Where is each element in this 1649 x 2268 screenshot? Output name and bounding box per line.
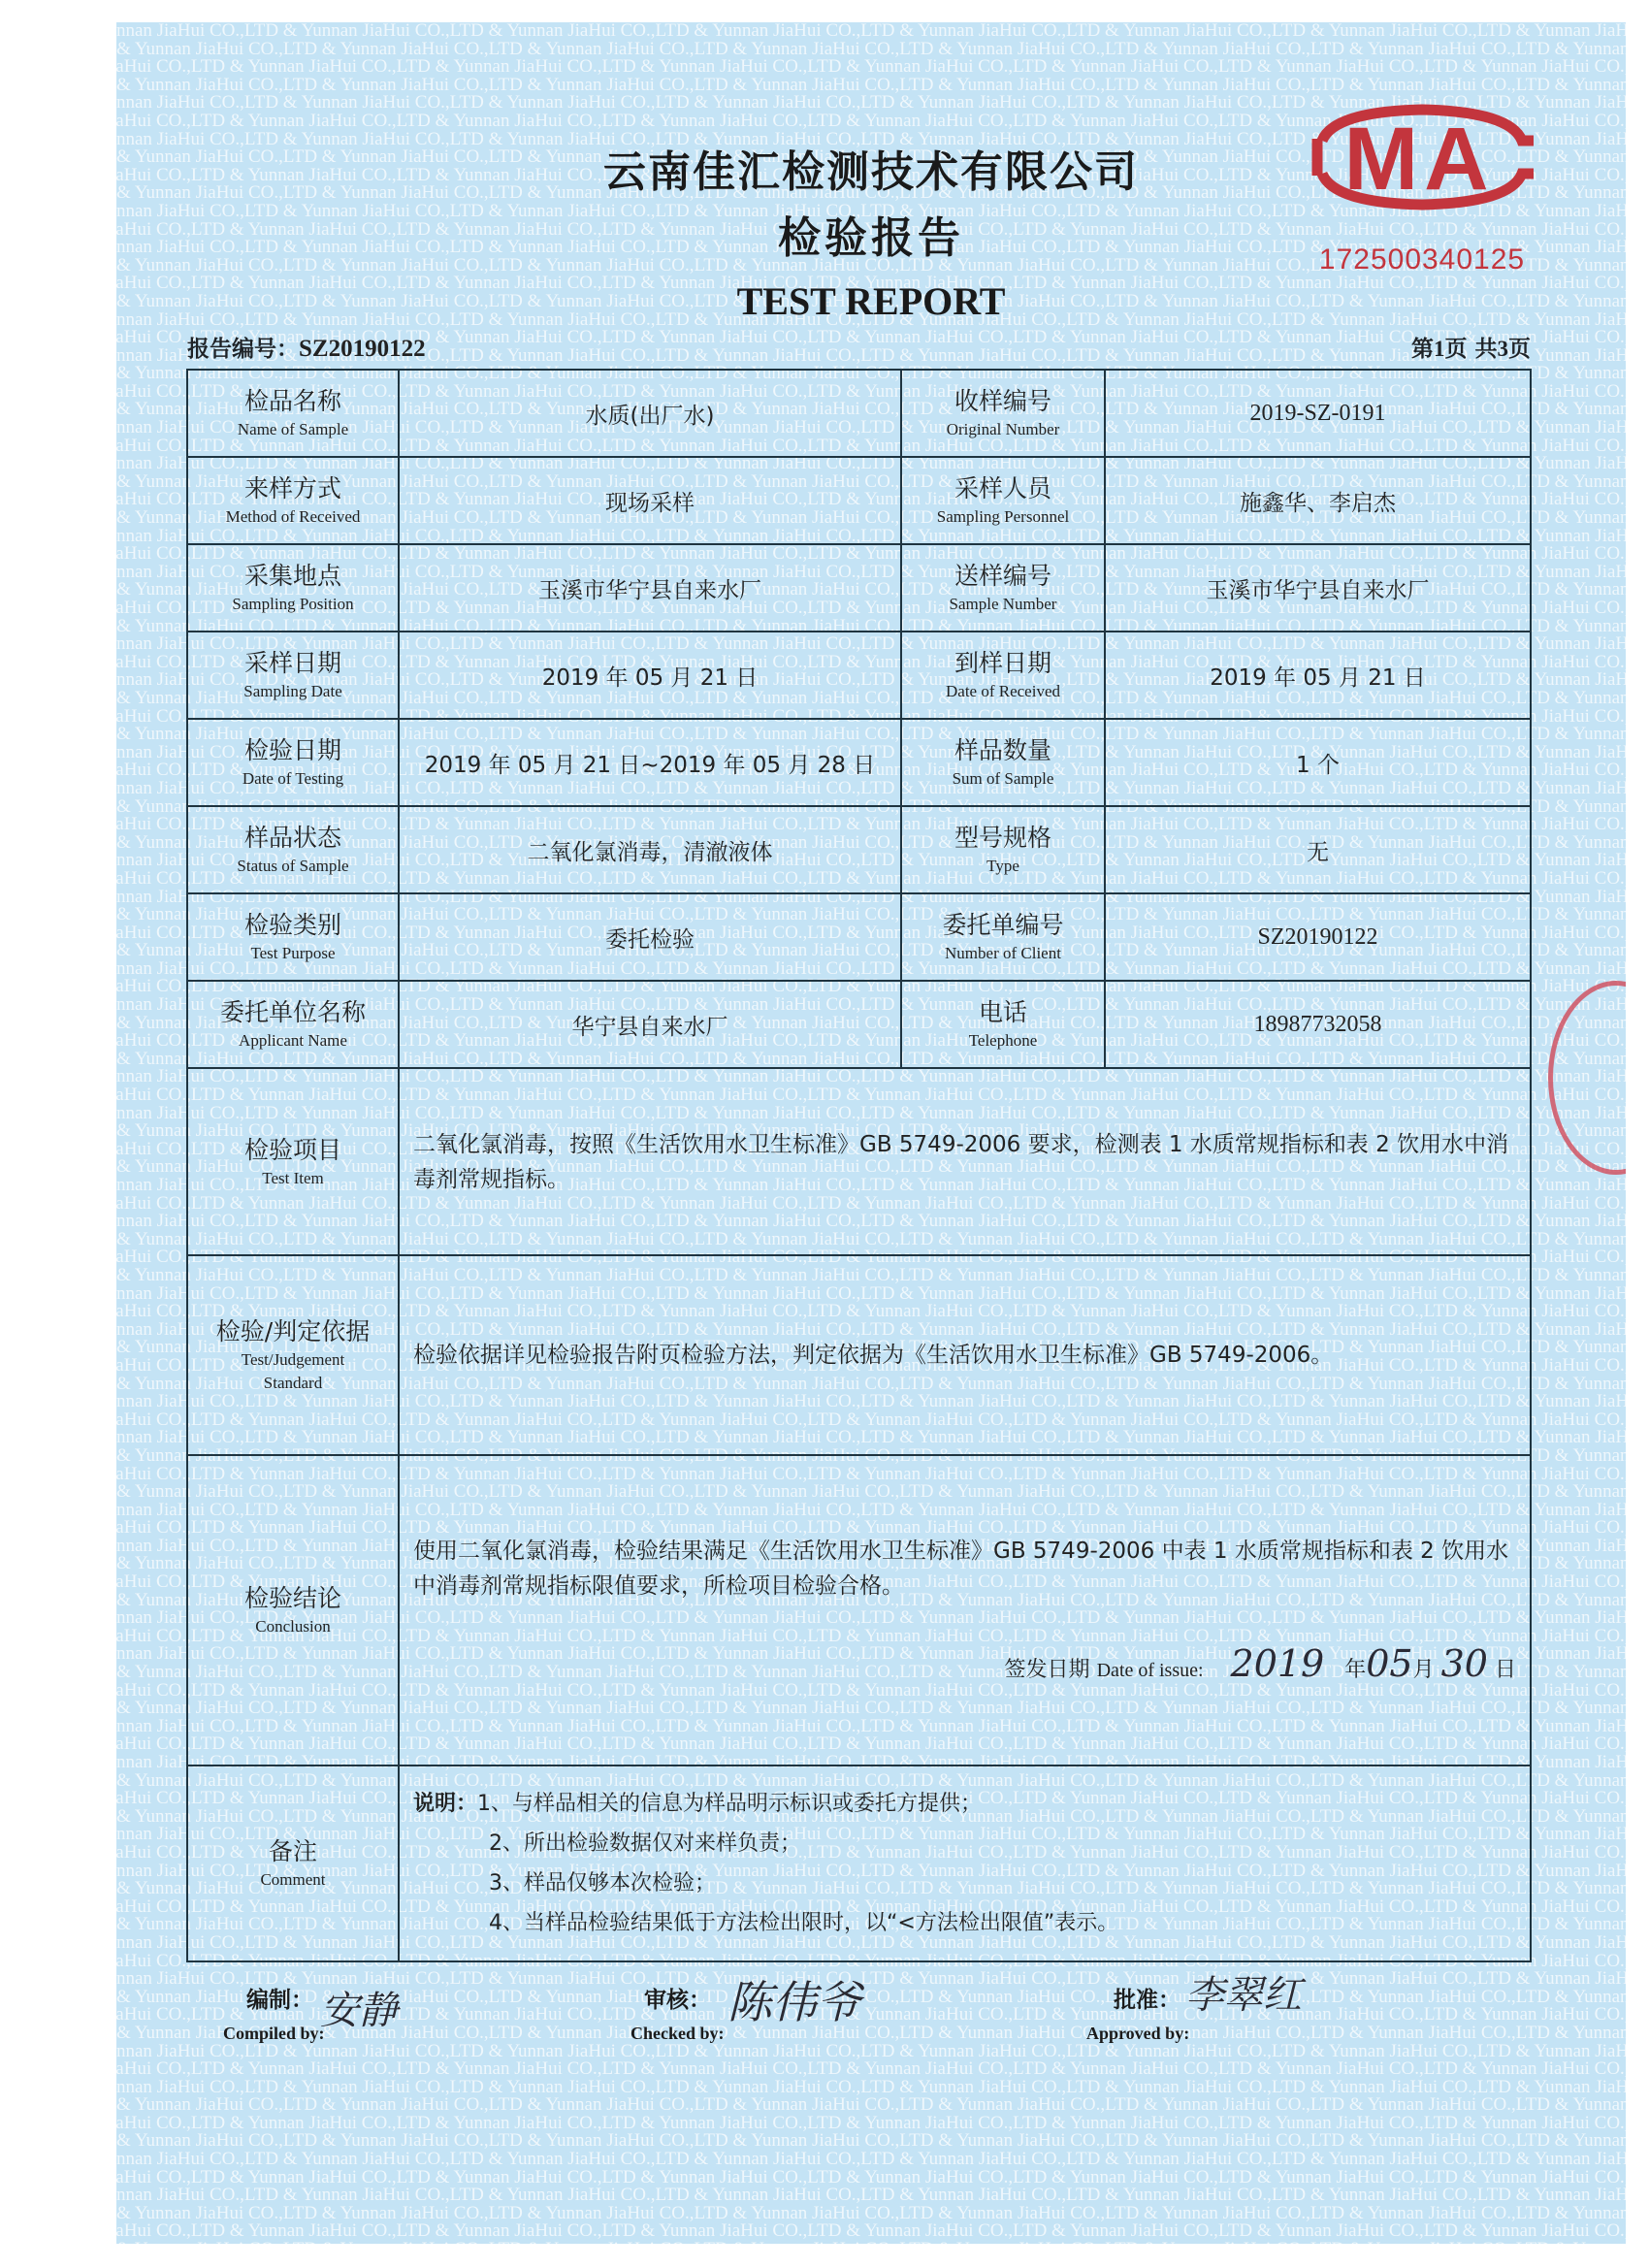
field-value: 委托检验 [399, 893, 901, 981]
info-row: 检验日期Date of Testing2019 年 05 月 21 日~2019… [187, 719, 1531, 806]
issue-date: 签发日期 Date of issue: 2019 年05月 30 日 [413, 1646, 1516, 1688]
note-1: 说明：1、与样品相关的信息为样品明示标识或委托方提供； [413, 1784, 1516, 1824]
approved-signature: 李翠红 [1185, 1964, 1302, 2020]
standard-text: 检验依据详见检验报告附页检验方法，判定依据为《生活饮用水卫生标准》GB 5749… [399, 1255, 1531, 1455]
field-label: 委托单编号Number of Client [901, 893, 1105, 981]
field-value: 水质(出厂水) [399, 370, 901, 457]
field-label: 到样日期Date of Received [901, 632, 1105, 719]
info-row: 检验类别Test Purpose委托检验委托单编号Number of Clien… [187, 893, 1531, 981]
cma-logo-icon: MA [1305, 104, 1539, 211]
svg-text:MA: MA [1343, 110, 1494, 209]
approved-by: 批准： Approved by: [1086, 1982, 1189, 2044]
test-item-text: 二氧化氯消毒，按照《生活饮用水卫生标准》GB 5749-2006 要求，检测表 … [399, 1068, 1531, 1255]
note-4: 4、当样品检验结果低于方法检出限时，以“<方法检出限值”表示。 [413, 1903, 1516, 1943]
field-value: 玉溪市华宁县自来水厂 [399, 544, 901, 632]
standard-row: 检验/判定依据 Test/Judgement Standard 检验依据详见检验… [187, 1255, 1531, 1455]
field-label: 样品状态Status of Sample [187, 806, 399, 893]
test-item-label: 检验项目 Test Item [187, 1068, 399, 1255]
field-label: 检验类别Test Purpose [187, 893, 399, 981]
field-value: 二氧化氯消毒，清澈液体 [399, 806, 901, 893]
field-label: 送样编号Sample Number [901, 544, 1105, 632]
info-row: 来样方式Method of Received现场采样采样人员Sampling P… [187, 457, 1531, 544]
field-value: 18987732058 [1105, 981, 1531, 1068]
field-value: 2019 年 05 月 21 日 [1105, 632, 1531, 719]
field-label: 检品名称Name of Sample [187, 370, 399, 457]
test-item-row: 检验项目 Test Item 二氧化氯消毒，按照《生活饮用水卫生标准》GB 57… [187, 1068, 1531, 1255]
info-row: 样品状态Status of Sample二氧化氯消毒，清澈液体型号规格Type无 [187, 806, 1531, 893]
cma-number: 172500340125 [1295, 243, 1549, 276]
field-value: SZ20190122 [1105, 893, 1531, 981]
field-value: 华宁县自来水厂 [399, 981, 901, 1068]
field-label: 收样编号Original Number [901, 370, 1105, 457]
note-2: 2、所出检验数据仅对来样负责； [413, 1824, 1516, 1863]
field-label: 样品数量Sum of Sample [901, 719, 1105, 806]
note-3: 3、样品仅够本次检验； [413, 1863, 1516, 1903]
report-paper: & Yunnan JiaHui CO.,LTD & Yunnan JiaHui … [116, 22, 1626, 2244]
current-page: 1 [1434, 337, 1445, 361]
field-label: 委托单位名称Applicant Name [187, 981, 399, 1068]
info-row: 委托单位名称Applicant Name华宁县自来水厂电话Telephone18… [187, 981, 1531, 1068]
field-value: 玉溪市华宁县自来水厂 [1105, 544, 1531, 632]
issue-year: 2019 [1231, 1642, 1325, 1685]
comment-notes: 说明：1、与样品相关的信息为样品明示标识或委托方提供； 2、所出检验数据仅对来样… [399, 1766, 1531, 1961]
conclusion-cell: 使用二氧化氯消毒，检验结果满足《生活饮用水卫生标准》GB 5749-2006 中… [399, 1455, 1531, 1766]
field-value: 2019 年 05 月 21 日~2019 年 05 月 28 日 [399, 719, 901, 806]
field-value: 施鑫华、李启杰 [1105, 457, 1531, 544]
field-value: 现场采样 [399, 457, 901, 544]
field-label: 采集地点Sampling Position [187, 544, 399, 632]
report-number-value: SZ20190122 [299, 336, 426, 362]
field-label: 采样日期Sampling Date [187, 632, 399, 719]
conclusion-row: 检验结论 Conclusion 使用二氧化氯消毒，检验结果满足《生活饮用水卫生标… [187, 1455, 1531, 1766]
info-row: 检品名称Name of Sample水质(出厂水)收样编号Original Nu… [187, 370, 1531, 457]
field-value: 无 [1105, 806, 1531, 893]
report-number-label: 报告编号： [187, 337, 299, 362]
report-number: 报告编号：SZ20190122 [187, 331, 426, 363]
info-row: 采样日期Sampling Date2019 年 05 月 21 日到样日期Dat… [187, 632, 1531, 719]
issue-day: 30 [1441, 1642, 1488, 1685]
field-label: 采样人员Sampling Personnel [901, 457, 1105, 544]
field-value: 2019 年 05 月 21 日 [399, 632, 901, 719]
field-label: 型号规格Type [901, 806, 1105, 893]
total-pages: 3 [1498, 337, 1509, 361]
field-label: 检验日期Date of Testing [187, 719, 399, 806]
comment-label: 备注 Comment [187, 1766, 399, 1961]
conclusion-label: 检验结论 Conclusion [187, 1455, 399, 1766]
page-info: 第1页 共3页 [1411, 331, 1531, 363]
field-label: 来样方式Method of Received [187, 457, 399, 544]
checked-by: 审核： Checked by: [630, 1982, 725, 2044]
field-label: 电话Telephone [901, 981, 1105, 1068]
report-title-en: TEST REPORT [116, 278, 1626, 324]
comment-row: 备注 Comment 说明：1、与样品相关的信息为样品明示标识或委托方提供； 2… [187, 1766, 1531, 1961]
info-row: 采集地点Sampling Position玉溪市华宁县自来水厂送样编号Sampl… [187, 544, 1531, 632]
report-table: 检品名称Name of Sample水质(出厂水)收样编号Original Nu… [186, 369, 1532, 1962]
conclusion-text: 使用二氧化氯消毒，检验结果满足《生活饮用水卫生标准》GB 5749-2006 中… [413, 1534, 1516, 1604]
standard-label: 检验/判定依据 Test/Judgement Standard [187, 1255, 399, 1455]
compiled-by: 编制： Compiled by: [223, 1982, 325, 2044]
checked-signature: 陈伟爷 [727, 1967, 861, 2031]
field-value: 2019-SZ-0191 [1105, 370, 1531, 457]
field-value: 1 个 [1105, 719, 1531, 806]
issue-month: 05 [1366, 1642, 1412, 1685]
compiled-signature: 安静 [320, 1980, 398, 2035]
